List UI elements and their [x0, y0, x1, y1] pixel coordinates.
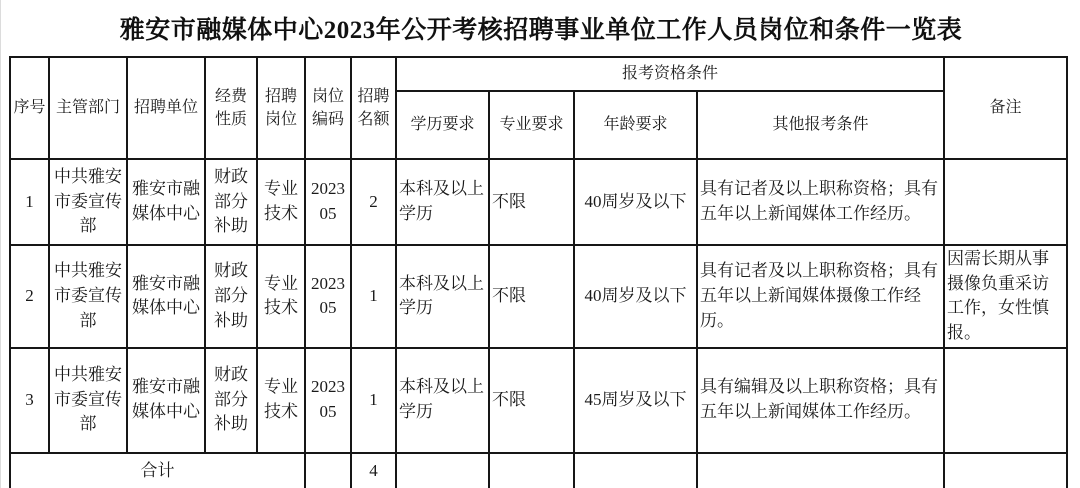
total-quota: 4 [351, 453, 396, 488]
cell-seq: 3 [10, 348, 49, 453]
cell-quota: 1 [351, 348, 396, 453]
cell-quota: 1 [351, 245, 396, 348]
cell-major: 不限 [489, 245, 574, 348]
cell-code: 202305 [305, 245, 351, 348]
cell-other: 具有编辑及以上职称资格；具有五年以上新闻媒体工作经历。 [697, 348, 944, 453]
col-header-unit: 招聘单位 [127, 57, 205, 159]
cell-post: 专业技术 [257, 159, 305, 245]
cell-edu: 本科及以上学历 [396, 159, 489, 245]
table-row: 2 中共雅安市委宣传部 雅安市融媒体中心 财政部分补助 专业技术 202305 … [10, 245, 1067, 348]
cell-remark [944, 348, 1067, 453]
total-empty-edu [396, 453, 489, 488]
cell-major: 不限 [489, 348, 574, 453]
cell-remark: 因需长期从事摄像负重采访工作，女性慎报。 [944, 245, 1067, 348]
cell-seq: 1 [10, 159, 49, 245]
cell-quota: 2 [351, 159, 396, 245]
col-header-seq: 序号 [10, 57, 49, 159]
cell-code: 202305 [305, 159, 351, 245]
cell-funding: 财政部分补助 [205, 159, 257, 245]
page-title: 雅安市融媒体中心2023年公开考核招聘事业单位工作人员岗位和条件一览表 [1, 0, 1080, 56]
cell-post: 专业技术 [257, 245, 305, 348]
col-header-qualification-group: 报考资格条件 [396, 57, 944, 91]
col-header-edu: 学历要求 [396, 91, 489, 159]
total-empty-other [697, 453, 944, 488]
table-row: 3 中共雅安市委宣传部 雅安市融媒体中心 财政部分补助 专业技术 202305 … [10, 348, 1067, 453]
col-header-remark: 备注 [944, 57, 1067, 159]
cell-dept: 中共雅安市委宣传部 [49, 245, 127, 348]
cell-post: 专业技术 [257, 348, 305, 453]
col-header-code: 岗位编码 [305, 57, 351, 159]
total-label: 合计 [10, 453, 305, 488]
cell-age: 40周岁及以下 [574, 159, 697, 245]
cell-dept: 中共雅安市委宣传部 [49, 348, 127, 453]
cell-edu: 本科及以上学历 [396, 348, 489, 453]
cell-dept: 中共雅安市委宣传部 [49, 159, 127, 245]
cell-edu: 本科及以上学历 [396, 245, 489, 348]
cell-unit: 雅安市融媒体中心 [127, 348, 205, 453]
total-empty-code [305, 453, 351, 488]
col-header-funding: 经费性质 [205, 57, 257, 159]
cell-code: 202305 [305, 348, 351, 453]
total-empty-remark [944, 453, 1067, 488]
total-empty-age [574, 453, 697, 488]
cell-seq: 2 [10, 245, 49, 348]
col-header-quota: 招聘名额 [351, 57, 396, 159]
cell-other: 具有记者及以上职称资格；具有五年以上新闻媒体工作经历。 [697, 159, 944, 245]
cell-age: 40周岁及以下 [574, 245, 697, 348]
table-row: 1 中共雅安市委宣传部 雅安市融媒体中心 财政部分补助 专业技术 202305 … [10, 159, 1067, 245]
cell-other: 具有记者及以上职称资格；具有五年以上新闻媒体摄像工作经历。 [697, 245, 944, 348]
cell-remark [944, 159, 1067, 245]
cell-unit: 雅安市融媒体中心 [127, 159, 205, 245]
col-header-other: 其他报考条件 [697, 91, 944, 159]
cell-unit: 雅安市融媒体中心 [127, 245, 205, 348]
total-row: 合计 4 [10, 453, 1067, 488]
total-empty-major [489, 453, 574, 488]
cell-funding: 财政部分补助 [205, 245, 257, 348]
cell-funding: 财政部分补助 [205, 348, 257, 453]
col-header-age: 年龄要求 [574, 91, 697, 159]
recruitment-table: 序号 主管部门 招聘单位 经费性质 招聘岗位 岗位编码 招聘名额 报考资格条件 … [9, 56, 1068, 488]
col-header-major: 专业要求 [489, 91, 574, 159]
header-row-group: 序号 主管部门 招聘单位 经费性质 招聘岗位 岗位编码 招聘名额 报考资格条件 … [10, 57, 1067, 91]
cell-age: 45周岁及以下 [574, 348, 697, 453]
col-header-dept: 主管部门 [49, 57, 127, 159]
col-header-post: 招聘岗位 [257, 57, 305, 159]
document-sheet: 雅安市融媒体中心2023年公开考核招聘事业单位工作人员岗位和条件一览表 序号 主… [0, 0, 1080, 488]
cell-major: 不限 [489, 159, 574, 245]
